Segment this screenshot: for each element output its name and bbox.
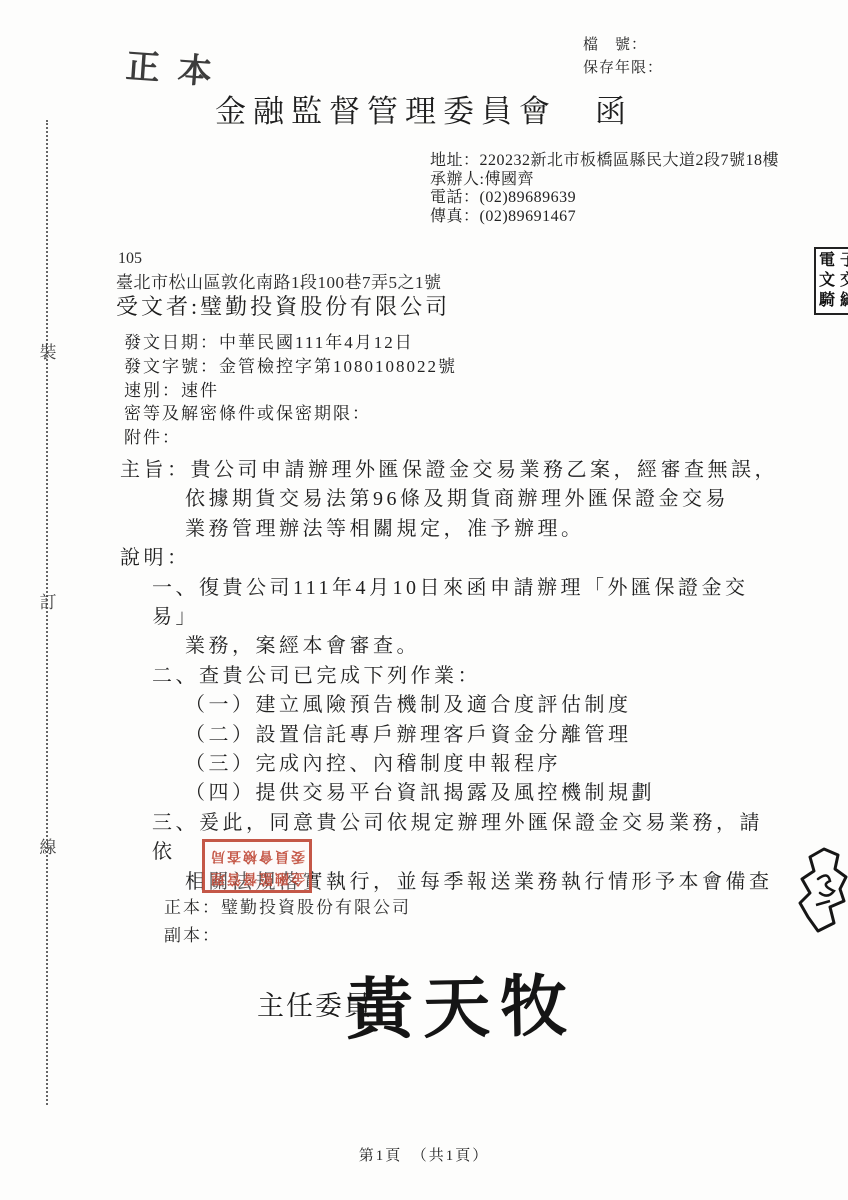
- ink-mark-icon: [796, 845, 848, 940]
- body-line: （三）完成內控、內稽制度申報程序: [185, 750, 780, 779]
- security-level: 密等及解密條件或保密期限：: [124, 402, 457, 426]
- exchange-stamp-row: 文交: [819, 271, 848, 291]
- document-title: 金融監督管理委員會 函: [0, 86, 848, 131]
- exchange-stamp-row: 騎縫: [819, 291, 848, 311]
- file-number-block: 檔 號： 保存年限：: [583, 34, 663, 80]
- page-number: 第1頁 （共1頁）: [0, 1144, 848, 1165]
- subject-line: 主旨：貴公司申請辦理外匯保證金交易業務乙案，經審查無誤，: [120, 456, 780, 485]
- body-line: 二、查貴公司已完成下列作業：: [152, 662, 780, 691]
- agency-red-seal-stamp: 金融監督管理 委員會檢查局: [202, 839, 312, 893]
- explanation-label: 說明：: [120, 544, 780, 573]
- agency-fax: 傳真：(02)89691467: [430, 208, 779, 227]
- binding-char-ding: 訂: [39, 588, 57, 613]
- body-line: （二）設置信託專戶辦理客戶資金分離管理: [185, 721, 780, 750]
- issue-number: 發文字號：金管檢控字第1080108022號: [124, 355, 457, 379]
- issue-date: 發文日期：中華民國111年4月12日: [124, 331, 457, 355]
- body-line: 一、復貴公司111年4月10日來函申請辦理「外匯保證金交易」: [152, 574, 780, 633]
- binding-char-xian: 線: [39, 833, 57, 858]
- body-line: （一）建立風險預告機制及適合度評估制度: [185, 691, 780, 720]
- subject-line: 依據期貨交易法第96條及期貨商辦理外匯保證金交易: [185, 485, 780, 514]
- agency-address: 地址：220232新北市板橋區縣民大道2段7號18樓: [430, 152, 779, 171]
- subject-line: 業務管理辦法等相關規定，准予辦理。: [185, 515, 780, 544]
- recipient-postal-code: 105: [118, 250, 142, 268]
- agency-contact-block: 地址：220232新北市板橋區縣民大道2段7號18樓 承辦人:傅國齊 電話：(0…: [430, 152, 779, 226]
- attachment-label: 附件：: [124, 426, 457, 450]
- agency-phone: 電話：(02)89689639: [430, 189, 779, 208]
- exchange-stamp-row: 電子: [819, 251, 848, 271]
- agency-contact-person: 承辦人:傅國齊: [430, 171, 779, 190]
- distribution-copy: 副本：: [164, 921, 221, 946]
- distribution-original: 正本：璧勤投資股份有限公司: [164, 893, 411, 918]
- signer-name-calligraphy: 黃天牧: [345, 953, 578, 1053]
- speed-level: 速別：速件: [124, 379, 457, 403]
- retention-label: 保存年限：: [583, 57, 663, 80]
- document-meta-block: 發文日期：中華民國111年4月12日 發文字號：金管檢控字第1080108022…: [124, 331, 457, 450]
- binding-char-zhuang: 裝: [39, 338, 57, 363]
- body-line: （四）提供交易平台資訊揭露及風控機制規劃: [185, 779, 780, 808]
- body-line: 業務，案經本會審查。: [185, 632, 780, 661]
- electronic-exchange-stamp: 電子 文交 騎縫: [814, 247, 848, 315]
- agency-seal-text: 金融監督管理: [205, 866, 309, 888]
- document-body: 主旨：貴公司申請辦理外匯保證金交易業務乙案，經審查無誤， 依據期貨交易法第96條…: [120, 456, 780, 897]
- agency-seal-text: 委員會檢查局: [205, 844, 309, 866]
- file-number-label: 檔 號：: [583, 34, 663, 57]
- recipient-name: 受文者:璧勤投資股份有限公司: [116, 290, 450, 321]
- document-page: 裝 訂 線 正本 檔 號： 保存年限： 金融監督管理委員會 函 地址：22023…: [0, 0, 848, 1200]
